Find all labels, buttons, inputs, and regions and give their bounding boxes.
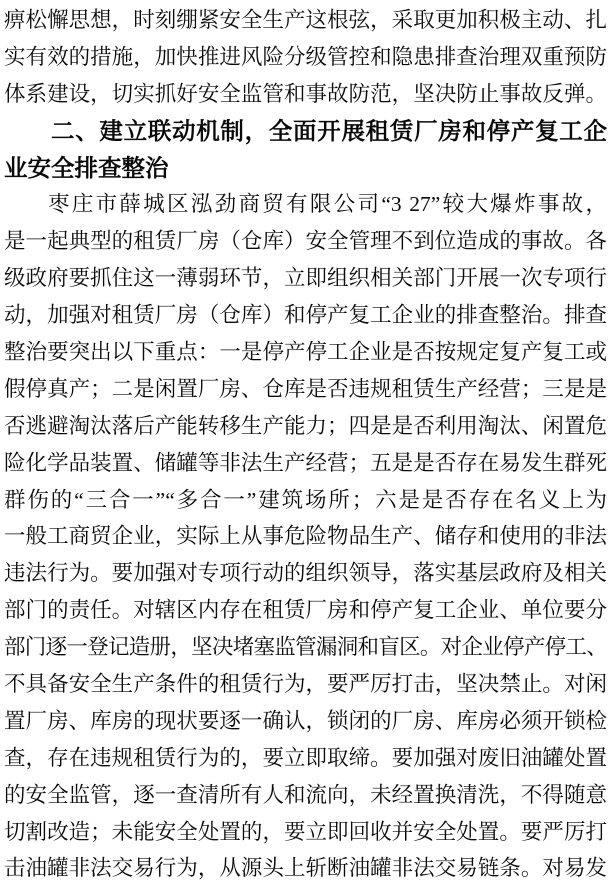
body-text-line: 假停真产；二是闲置厂房、仓库是否违规租赁生产经营；三是是 xyxy=(4,371,607,408)
body-text-line: 击油罐非法交易行为，从源头上斩断油罐非法交易链条。对易发 xyxy=(4,850,607,887)
body-text-line: 群伤的“三合一”“多合一”建筑场所；六是是否存在名义上为 xyxy=(4,482,607,519)
body-text-line: 一般工商贸企业，实际上从事危险物品生产、储存和使用的非法 xyxy=(4,518,607,555)
document-text-block: 痹松懈思想，时刻绷紧安全生产这根弦，采取更加积极主动、扎实有效的措施，加快推进风… xyxy=(4,2,607,887)
section-heading-line: 二、建立联动机制，全面开展租赁厂房和停产复工企 xyxy=(4,113,607,150)
body-text-line: 违法行为。要加强对专项行动的组织领导，落实基层政府及相关 xyxy=(4,555,607,592)
section-heading-line: 业安全排查整治 xyxy=(4,150,607,187)
body-text-line: 不具备安全生产条件的租赁行为，要严厉打击，坚决禁止。对闲 xyxy=(4,666,607,703)
body-text-line: 整治要突出以下重点：一是停产停工企业是否按规定复产复工或 xyxy=(4,334,607,371)
body-text-line: 部门的责任。对辖区内存在租赁厂房和停产复工企业、单位要分 xyxy=(4,592,607,629)
body-text-line: 痹松懈思想，时刻绷紧安全生产这根弦，采取更加积极主动、扎 xyxy=(4,2,607,39)
body-text-line: 查，存在违规租赁行为的，要立即取缔。要加强对废旧油罐处置 xyxy=(4,740,607,777)
body-text-line: 置厂房、库房的现状要逐一确认，锁闭的厂房、库房必须开锁检 xyxy=(4,703,607,740)
body-text-line: 的安全监管，逐一查清所有人和流向，未经置换清洗，不得随意 xyxy=(4,777,607,814)
body-text-line: 体系建设，切实抓好安全监管和事故防范，坚决防止事故反弹。 xyxy=(4,76,607,113)
body-text-line: 切割改造；未能安全处置的，要立即回收并安全处置。要严厉打 xyxy=(4,814,607,851)
body-text-line: 部门逐一登记造册，坚决堵塞监管漏洞和盲区。对企业停产停工、 xyxy=(4,629,607,666)
body-text-line: 是一起典型的租赁厂房（仓库）安全管理不到位造成的事故。各 xyxy=(4,223,607,260)
body-text-line: 级政府要抓住这一薄弱环节，立即组织相关部门开展一次专项行 xyxy=(4,260,607,297)
body-text-line: 动，加强对租赁厂房（仓库）和停产复工企业的排查整治。排查 xyxy=(4,297,607,334)
body-text-line: 实有效的措施，加快推进风险分级管控和隐患排查治理双重预防 xyxy=(4,39,607,76)
body-text-line: 否逃避淘汰落后产能转移生产能力；四是是否利用淘汰、闲置危 xyxy=(4,408,607,445)
document-page: 痹松懈思想，时刻绷紧安全生产这根弦，采取更加积极主动、扎实有效的措施，加快推进风… xyxy=(0,0,610,892)
body-text-line: 险化学品装置、储罐等非法生产经营；五是是否存在易发生群死 xyxy=(4,445,607,482)
body-text-line: 枣庄市薛城区泓劲商贸有限公司“3 27”较大爆炸事故， xyxy=(4,186,607,223)
